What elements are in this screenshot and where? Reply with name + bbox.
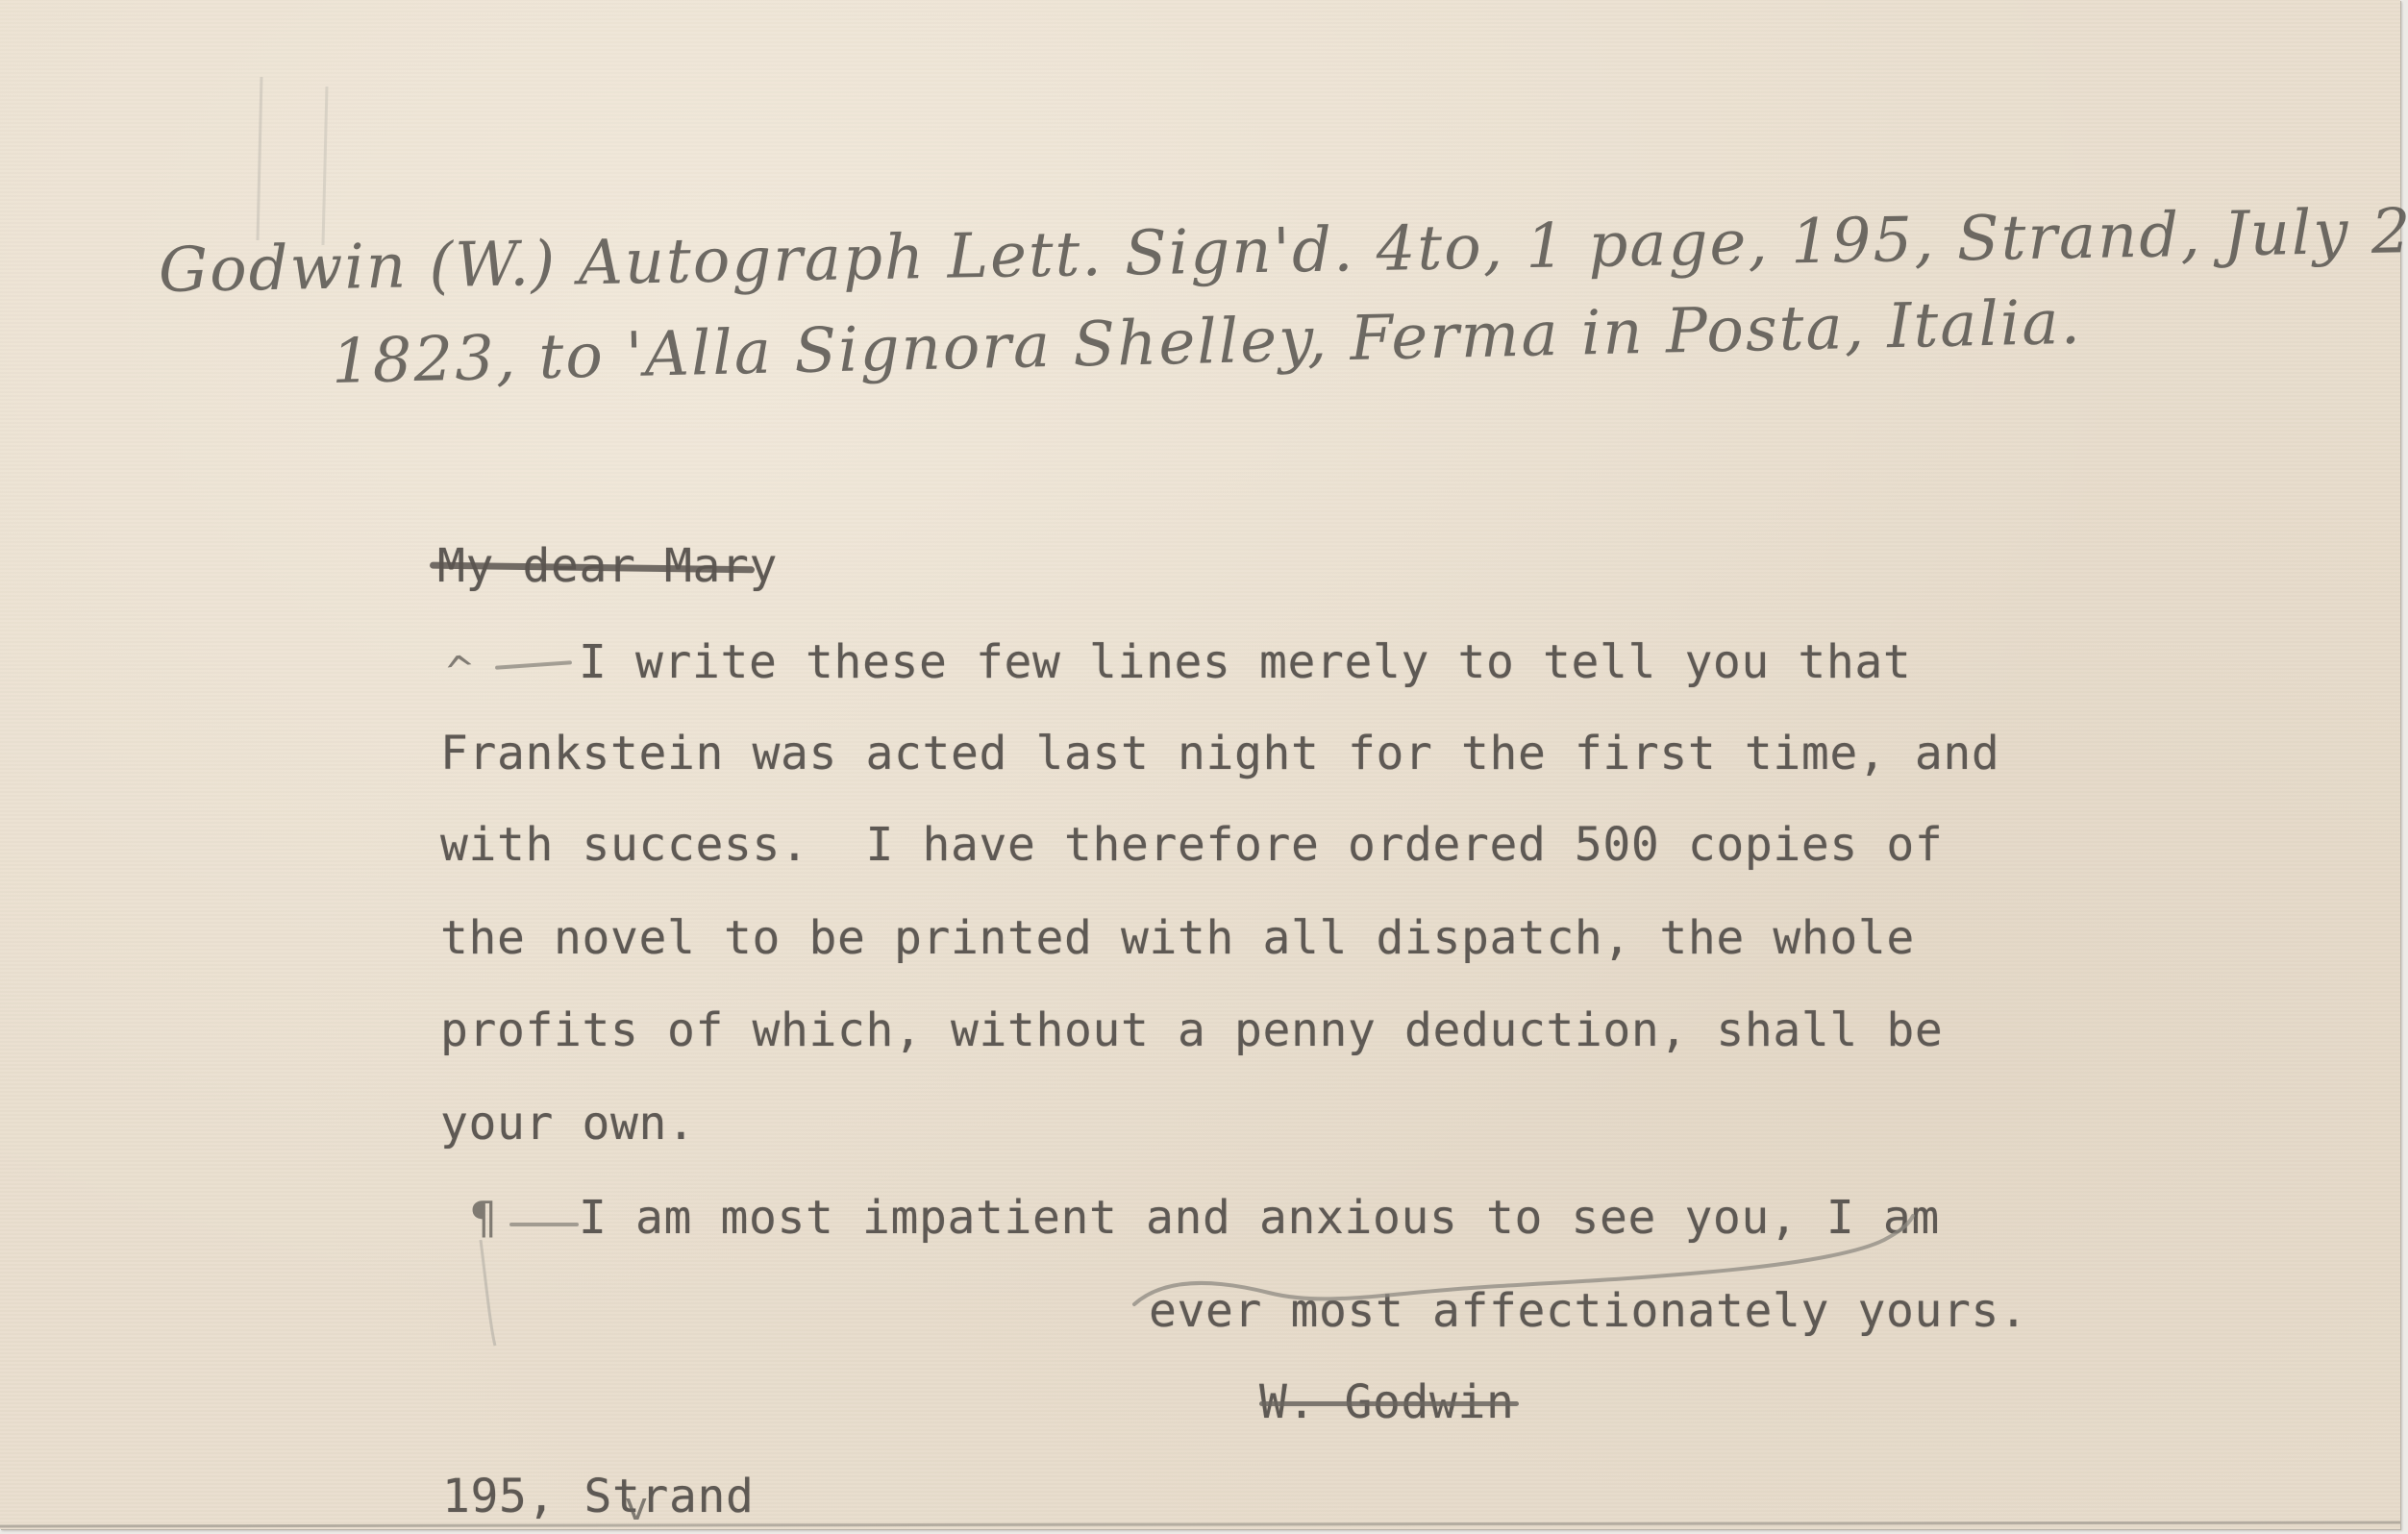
pencil-dash-mark — [495, 660, 572, 670]
body-line-5: profits of which, without a penny deduct… — [440, 1007, 1943, 1053]
handwritten-catalog-note-line-2: 1823, to 'Alla Signora Shelley, Ferma in… — [331, 287, 2082, 398]
paper-bottom-edge — [0, 1522, 2400, 1526]
letter-page: Godwin (W.) Autograph Lett. Sign'd. 4to,… — [0, 0, 2400, 1529]
faint-top-mark-2 — [323, 87, 327, 245]
salutation-tail: y — [749, 539, 778, 593]
body-line-3: with success. I have therefore ordered 5… — [440, 822, 1943, 868]
address-caret-mark-icon: v — [625, 1485, 648, 1529]
paragraph-mark-icon: ¶ — [469, 1192, 497, 1244]
closing-line-2-rest: affectionately yours. — [1432, 1284, 2027, 1338]
body-line-6: your own. — [440, 1101, 696, 1147]
struck-signature: W. Godwin — [1259, 1379, 1515, 1425]
address: 195, Strand — [442, 1473, 755, 1520]
body-line-4: the novel to be printed with all dispatc… — [440, 915, 1915, 961]
margin-pencil-line — [481, 1240, 495, 1346]
salutation: My dear Mary — [437, 543, 778, 589]
closing-line-2-prefix: ever most — [1149, 1284, 1432, 1338]
address-prefix: 195, St — [442, 1470, 641, 1523]
closing-line-1: I am most impatient and anxious to see y… — [579, 1195, 1940, 1241]
pencil-dash-mark-2 — [509, 1223, 579, 1226]
caret-insert-mark-icon: ^ — [441, 647, 480, 695]
closing-line-2: ever most affectionately yours. — [1149, 1288, 2027, 1334]
body-line-1: I write these few lines merely to tell y… — [579, 639, 1911, 685]
struck-salutation: My dear Mar — [437, 543, 749, 589]
address-suffix: rand — [641, 1470, 755, 1523]
signature: W. Godwin — [1259, 1379, 1515, 1425]
faint-top-mark — [258, 77, 261, 240]
body-line-2: Frankstein was acted last night for the … — [440, 730, 1999, 777]
